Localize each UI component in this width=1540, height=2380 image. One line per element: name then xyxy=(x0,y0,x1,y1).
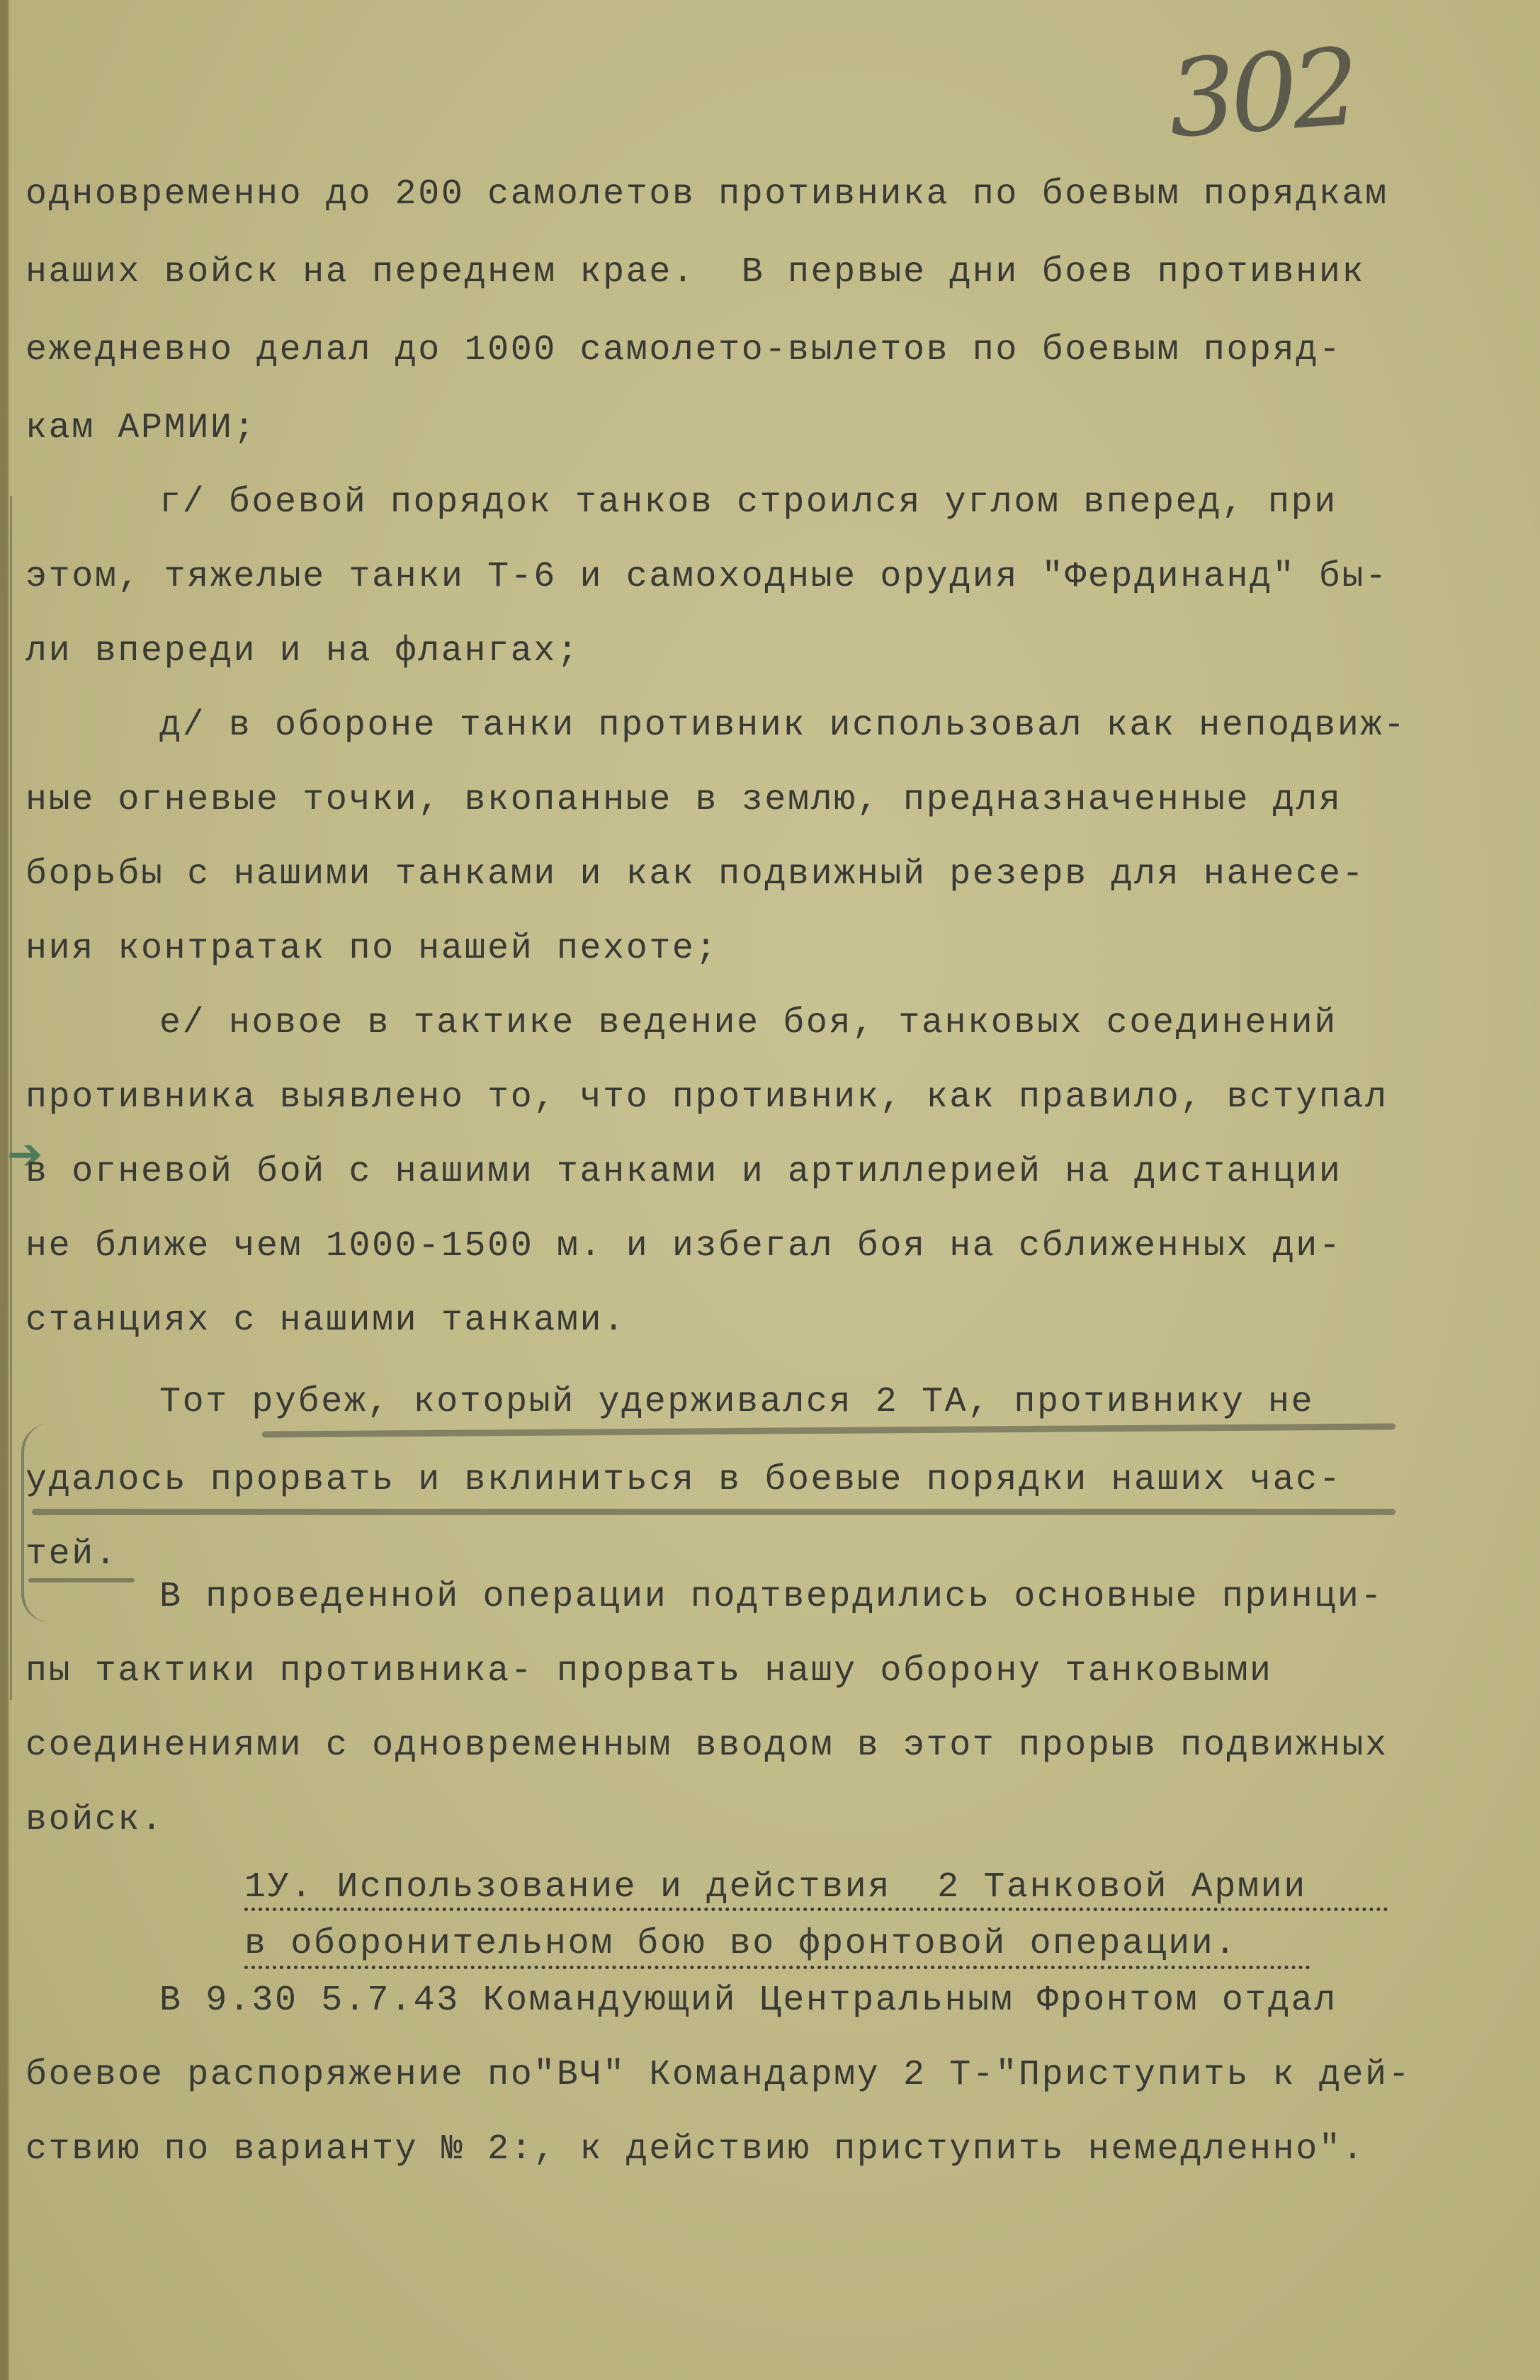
typed-underline xyxy=(244,1908,1388,1911)
text-line: не ближе чем 1000-1500 м. и избегал боя … xyxy=(26,1225,1342,1268)
folio-number: 302 xyxy=(1165,18,1471,181)
text-line: тей. xyxy=(26,1534,118,1576)
text-line: пы тактики противника- прорвать нашу обо… xyxy=(26,1650,1273,1693)
text-line: ные огневые точки, вкопанные в землю, пр… xyxy=(26,779,1342,822)
text-line: войск. xyxy=(26,1799,164,1842)
section-heading: 1У. Использование и действия 2 Танковой … xyxy=(244,1866,1307,1909)
text-line: наших войск на переднем крае. В первые д… xyxy=(26,251,1365,294)
text-line: В проведенной операции подтвердились осн… xyxy=(159,1576,1383,1619)
text-line: кам АРМИИ; xyxy=(26,407,256,450)
text-line: удалось прорвать и вклиниться в боевые п… xyxy=(26,1459,1342,1502)
text-line: в огневой бой с нашими танками и артилле… xyxy=(26,1151,1342,1194)
text-line: ния контратак по нашей пехоте; xyxy=(26,928,718,970)
text-line: д/ в обороне танки противник использовал… xyxy=(159,705,1407,747)
margin-bracket xyxy=(21,1424,52,1622)
typed-underline xyxy=(244,1966,1310,1969)
text-line: борьбы с нашими танками и как подвижный … xyxy=(26,854,1365,896)
text-line: е/ новое в тактике ведение боя, танковых… xyxy=(159,1002,1337,1045)
document-page: 302 одновременно до 200 самолетов против… xyxy=(0,0,1540,2380)
text-line: В 9.30 5.7.43 Командующий Центральным Фр… xyxy=(159,1980,1337,2022)
text-line: ежедневно делал до 1000 самолето-вылетов… xyxy=(26,329,1342,372)
pencil-underline xyxy=(28,1578,135,1582)
margin-line xyxy=(10,496,12,1700)
text-line: одновременно до 200 самолетов противника… xyxy=(26,174,1388,216)
pencil-underline xyxy=(262,1423,1395,1437)
text-line: боевое распоряжение по"ВЧ" Командарму 2 … xyxy=(26,2054,1411,2097)
text-line: станциях с нашими танками. xyxy=(26,1300,626,1342)
text-line: г/ боевой порядок танков строился углом … xyxy=(159,482,1337,524)
text-line: Тот рубеж, который удерживался 2 ТА, про… xyxy=(159,1381,1314,1424)
text-line: противника выявлено то, что противник, к… xyxy=(26,1077,1388,1119)
text-line: соединениями с одновременным вводом в эт… xyxy=(26,1725,1388,1767)
text-line: ли впереди и на флангах; xyxy=(26,630,580,673)
text-line: ствию по варианту № 2:, к действию прист… xyxy=(26,2129,1365,2171)
section-heading: в оборонительном бою во фронтовой операц… xyxy=(244,1923,1238,1966)
text-line: этом, тяжелые танки Т-6 и самоходные ору… xyxy=(26,556,1388,599)
pencil-underline xyxy=(32,1509,1395,1515)
